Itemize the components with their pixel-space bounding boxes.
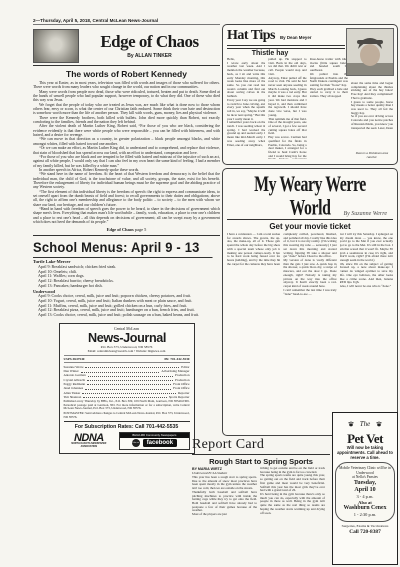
hat-tips-column: Hat Tips By Dean Meyer Thistle hay Hello… xyxy=(222,24,398,165)
menu-items-turtle-lake: April 9: Breakfast sandwich; chicken fri… xyxy=(33,265,220,289)
text-line: “We can move in that direction as a coun… xyxy=(33,137,220,146)
paw-icon xyxy=(348,421,354,427)
masthead-box: Central McLean News-Journal P.O. Box 373… xyxy=(59,323,195,454)
text-line: “Or we can make an effort, as Martin Lut… xyxy=(33,146,220,155)
like-us-icon: Like us xyxy=(132,439,140,447)
hat-tips-tagline: Dean is a Dickinson area rancher. xyxy=(351,152,393,159)
hat-tips-col1: Hello, I wrote early about the weather l… xyxy=(227,58,265,159)
text-line: “Hand in hand with freedom of speech goe… xyxy=(33,207,220,224)
hat-tips-col4: about the same time and began complainin… xyxy=(351,82,393,150)
edge-of-chaos-headline: The words of Robert Kennedy xyxy=(33,69,220,79)
text-line: “We stand here in the name of freedom. A… xyxy=(33,172,220,189)
newspaper-page: 2—Thursday, April 5, 2018, Central McLea… xyxy=(0,0,400,567)
text-line: April 13: Cooks choice, cereal, milk, ju… xyxy=(33,313,220,318)
ndna-logo: NDNA NORTH DAKOTA NEWSPAPER ASSOCIATION xyxy=(64,433,115,448)
left-column: 2—Thursday, April 5, 2018, Central McLea… xyxy=(33,18,220,454)
hat-tips-headline: Thistle hay xyxy=(227,50,313,57)
paw-icon xyxy=(376,421,382,427)
divider xyxy=(227,45,345,49)
hat-tips-col3: three-horse trailer with idiot blocks (l… xyxy=(310,58,348,159)
pet-vet-date: Tuesday, April 10 xyxy=(337,480,393,493)
edge-of-chaos-title: Edge of Chaos xyxy=(79,33,220,51)
pet-vet-the: The xyxy=(360,420,371,428)
werre-world-column: My Weary Werre World By Suzanne Werre Ge… xyxy=(222,168,398,436)
werre-world-title: My Weary Werre World xyxy=(237,172,383,220)
pet-vet-phone: Call 720-8387 xyxy=(335,529,395,535)
menu-items-underwood: April 9: Cooks choice, cereal, milk, jui… xyxy=(33,294,220,318)
ndna-caption: NORTH DAKOTA NEWSPAPER ASSOCIATION xyxy=(64,443,115,448)
masthead-publication-info: Published every Thursday by BHG, Inc., P… xyxy=(64,400,190,411)
masthead-phone: Ph: 701-442-5530 xyxy=(164,357,189,361)
werre-world-col2: completely coiffed, powdered, blushed, a… xyxy=(283,233,336,445)
text-line: “The first element of this individual li… xyxy=(33,190,220,207)
text-line: “For those of you who are black and are … xyxy=(33,155,220,168)
text-line: We forget that the people of today who a… xyxy=(33,103,220,116)
dean-meyer-photo xyxy=(346,28,394,76)
pet-vet-services: Surgeries, Exams & Vaccinations xyxy=(335,524,395,528)
edge-of-chaos-byline: By ALLAN TINKER xyxy=(79,53,220,59)
school-menus: Turtle Lake-Mercer April 9: Breakfast sa… xyxy=(33,260,220,317)
pet-vet-ad: The Pet Vet Will now be taking appointme… xyxy=(332,412,398,565)
report-card-col2: itching to get outside and be on the fie… xyxy=(260,467,325,563)
facebook-logo: facebook xyxy=(143,439,177,447)
werre-world-col1: I have a confession — I am a total sucke… xyxy=(227,233,280,445)
pet-vet-time1: 3 - 4 p.m. xyxy=(337,494,393,499)
pet-vet-title: Pet Vet xyxy=(335,433,395,445)
school-menus-title: School Menus: April 9 - 13 xyxy=(33,240,213,258)
report-card-byline-detail: Underwood ECLA Student xyxy=(192,471,257,475)
masthead-usps: USPS #647540 xyxy=(64,357,85,361)
text-line: After the violent death of Martin Luther… xyxy=(33,124,220,137)
pet-vet-intro: Will now be taking appointments. Call ah… xyxy=(335,446,395,460)
report-card-title: Report Card xyxy=(192,437,330,455)
hat-tips-byline: By Dean Meyer xyxy=(280,35,311,40)
report-card-col1: This year has been a rough start to spri… xyxy=(192,476,257,564)
report-card-column: Report Card Rough Start to Spring Sports… xyxy=(192,437,330,564)
continuation-note: Edge of Chaos page 5 xyxy=(33,227,220,236)
report-card-headline: Rough Start to Spring Sports xyxy=(192,457,330,466)
pet-vet-location2: Washburn Cenex xyxy=(337,505,393,511)
werre-world-headline: Get your movie ticket xyxy=(227,222,393,231)
masthead-staff-list: Suzanne WerreEditorDan WinterAdvertising… xyxy=(64,365,190,399)
edge-of-chaos-header: Edge of Chaos By ALLAN TINKER xyxy=(33,29,220,63)
pet-vet-schedule: Mobile Veterinary Clinic will be in Unde… xyxy=(335,462,395,522)
masthead-postmaster: POSTMASTER: Send address changes to Cent… xyxy=(64,412,190,419)
text-line: April 13: Pancakes; hamburger hot dish. xyxy=(33,284,220,289)
hat-tips-title: Hat Tips xyxy=(227,28,275,44)
pet-vet-time2: 1 - 2:30 p.m. xyxy=(337,512,393,517)
divider xyxy=(33,65,220,66)
masthead-brand: News-Journal xyxy=(65,331,187,344)
hat-tips-col2: pulled up. He stopped to visit. Back in … xyxy=(268,58,306,159)
edge-of-chaos-body: This year at Easter, as in most years, t… xyxy=(33,81,220,224)
masthead-contact: Email: centralmclean@westriv.com • Websi… xyxy=(64,349,190,353)
pet-vet-clinic-info: Mobile Veterinary Clinic will be in Unde… xyxy=(337,466,393,479)
masthead-subscription: For Subscription Rates: Call 701-442-553… xyxy=(64,421,190,430)
page-header: 2—Thursday, April 5, 2018, Central McLea… xyxy=(33,18,220,25)
edge-of-chaos-photo xyxy=(33,29,79,63)
bhg-facebook-badge: BHG/LMD Community Newspapers Like us fac… xyxy=(119,432,189,450)
text-line: Many were words from people now dead, th… xyxy=(33,90,220,103)
text-line: This year at Easter, as in most years, t… xyxy=(33,81,220,90)
